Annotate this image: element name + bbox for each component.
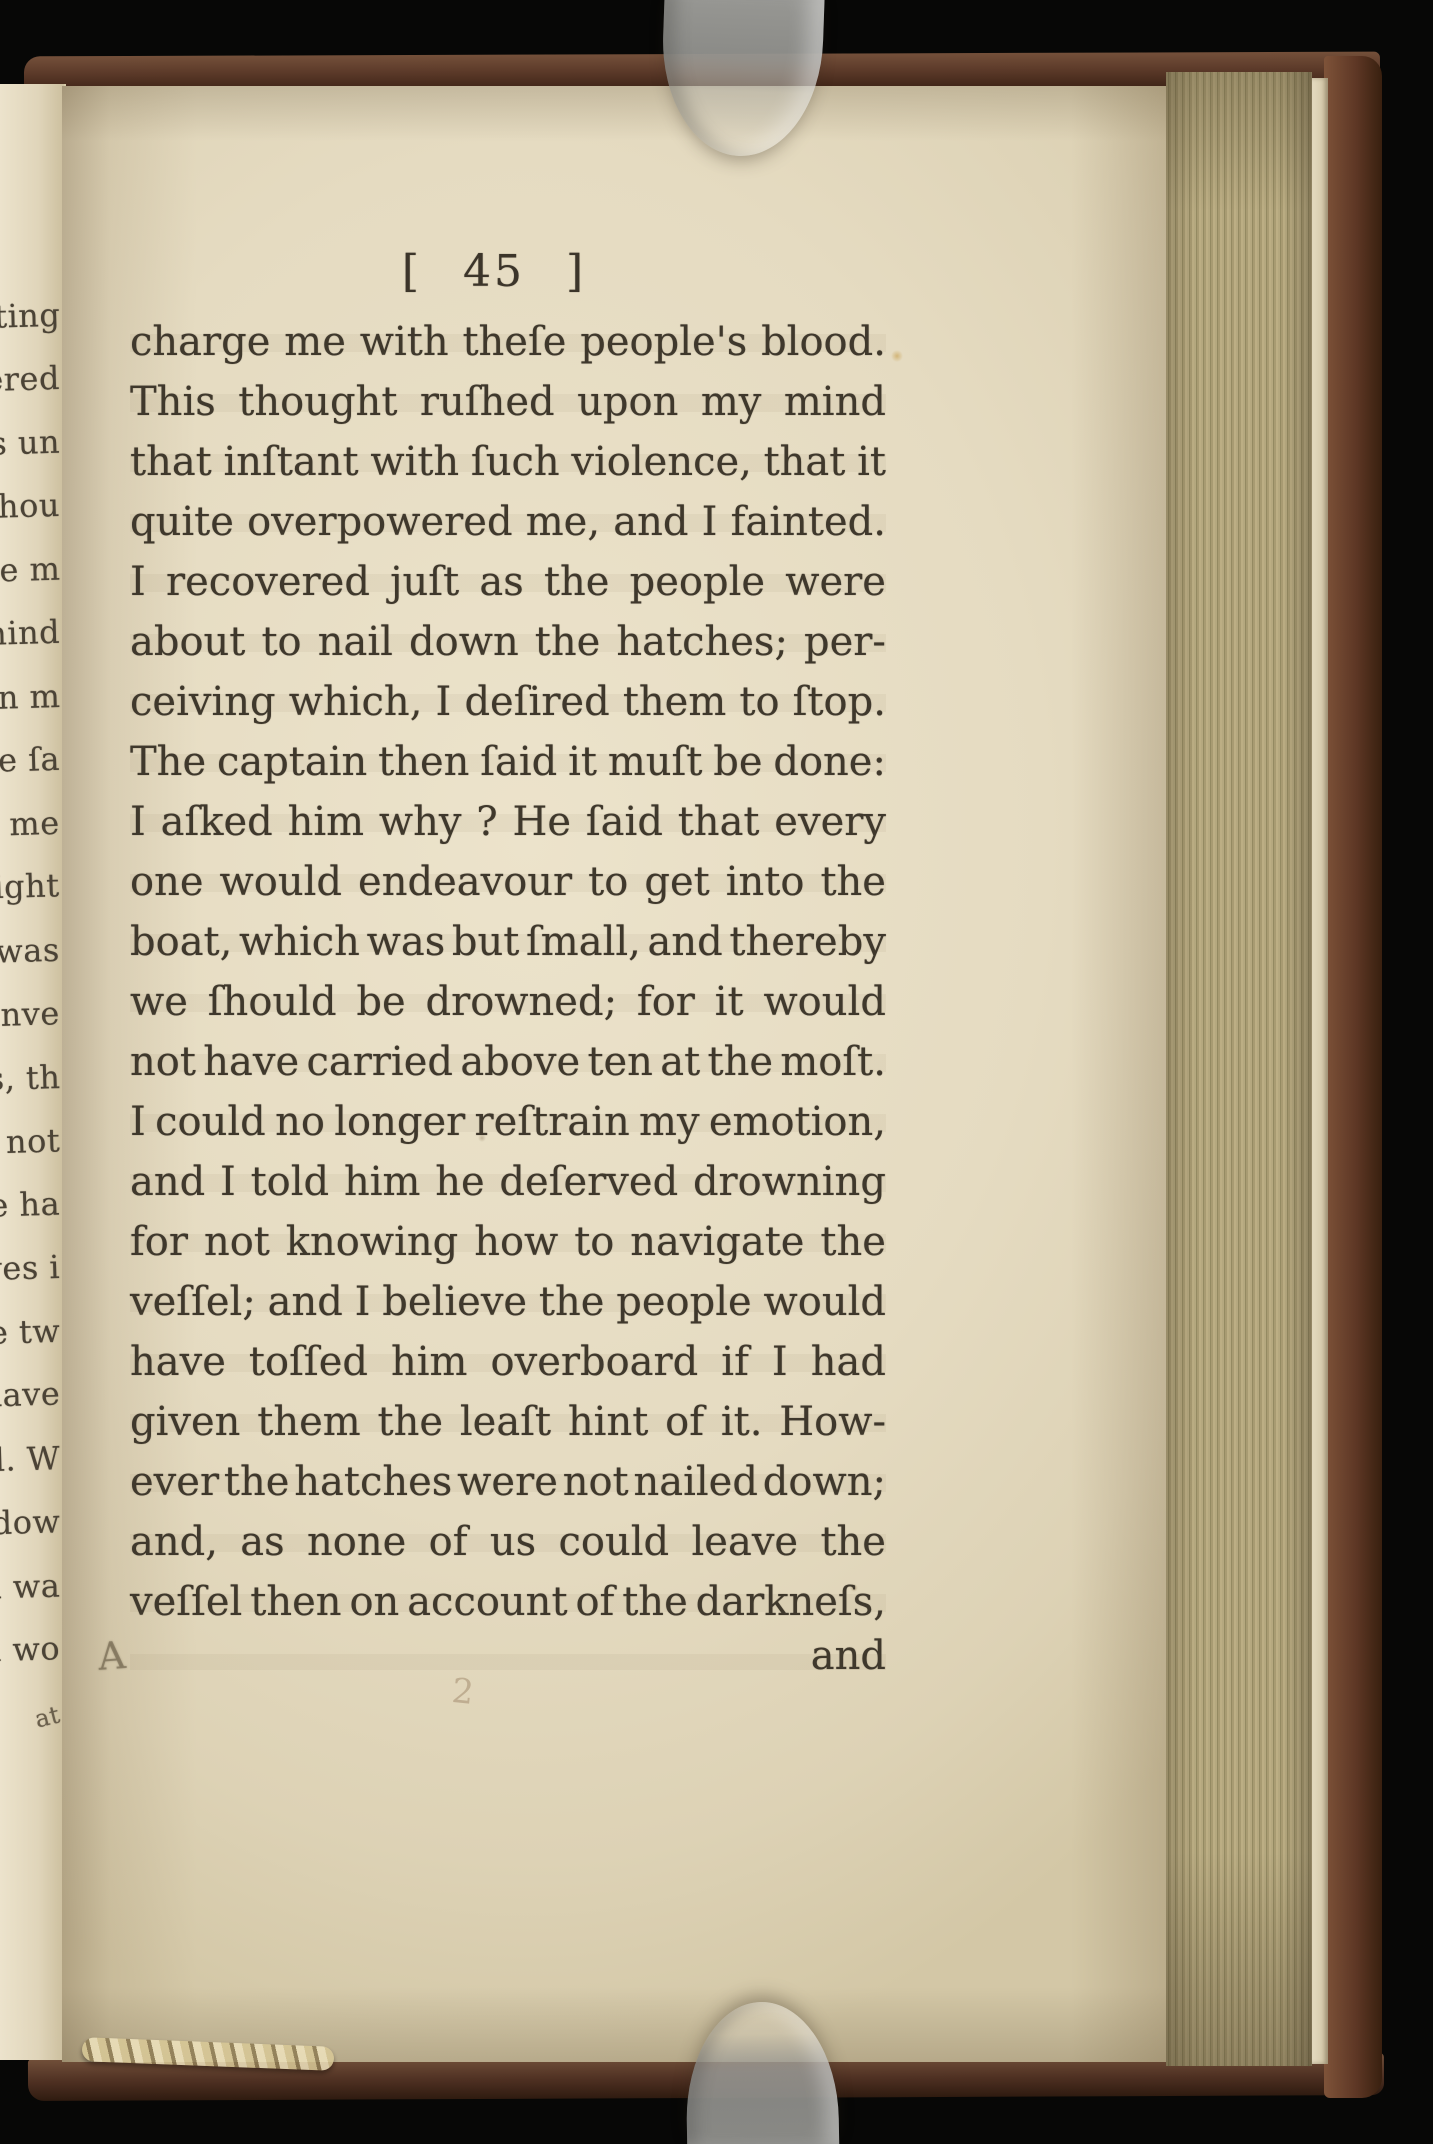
text-line: abouttonaildownthehatches;per- bbox=[130, 612, 886, 672]
left-page-text-fragment: ſin wa bbox=[0, 1566, 61, 1609]
text-line: veſſelthenonaccountofthedarkneſs, bbox=[130, 1572, 886, 1632]
left-page-text-fragment: remitting bbox=[0, 295, 61, 339]
left-page-text-fragment: mind was bbox=[0, 930, 61, 974]
text-line: thatinſtantwithſuchviolence,thatit bbox=[130, 432, 886, 492]
left-page-text-fragment: red the ha bbox=[0, 1184, 61, 1229]
left-page-text-fragment: t I was un bbox=[0, 422, 61, 467]
page-number: [ 45 ] bbox=[116, 242, 872, 302]
text-line: ceivingwhich,Ideſiredthemtoſtop. bbox=[130, 672, 886, 732]
left-page-text-fragment: at bbox=[31, 1695, 65, 1740]
left-page-text-fragment: w we might bbox=[0, 865, 61, 910]
text-line: weſhouldbedrowned;foritwould bbox=[130, 972, 886, 1032]
left-page-text-fragment: above tw bbox=[0, 1311, 61, 1355]
text-line: boat,whichwasbutſmall,andthereby bbox=[130, 912, 886, 972]
left-page-text-fragment: ew not bbox=[0, 1120, 61, 1163]
text-line: andItoldhimhedeſerveddrowning bbox=[130, 1152, 886, 1212]
text-line: chargemewiththeſepeople'sblood. bbox=[130, 312, 886, 372]
left-page-text-fragment: dably have bbox=[0, 1373, 61, 1418]
left-page-text-fragment: e ſome ſa bbox=[0, 739, 61, 783]
left-page-text-fragment: l help me bbox=[0, 803, 61, 847]
text-line: giventhemtheleaſthintofit.How- bbox=[130, 1392, 886, 1452]
book-photograph: remitting embered t I was un nd I thou e… bbox=[0, 0, 1433, 2144]
text-line: Thecaptainthenſaiditmuſtbedone: bbox=[130, 732, 886, 792]
text-line: onewouldendeavourtogetintothe bbox=[130, 852, 886, 912]
left-page-text-fragment: nd I thou bbox=[0, 485, 61, 529]
flyleaf-edge bbox=[1312, 78, 1328, 2064]
text-line: havetoſſedhimoverboardifIhad bbox=[130, 1332, 886, 1392]
leather-cover-right-board bbox=[1324, 56, 1382, 2098]
text-line: fornotknowinghowtonavigatethe bbox=[130, 1212, 886, 1272]
left-page-text-fragment: ith inve bbox=[0, 993, 61, 1036]
bleed-through-letter: A bbox=[96, 1633, 126, 1679]
left-page-text-fragment: e ſlaves i bbox=[0, 1247, 61, 1291]
left-page-text-fragment: embered bbox=[0, 358, 61, 402]
text-line: Thisthoughtruſheduponmymind bbox=[130, 372, 886, 432]
left-page-text-fragment: ſhewn m bbox=[0, 676, 61, 720]
left-page-text-fragment: emes, th bbox=[0, 1057, 61, 1101]
text-line: Icouldnolongerreſtrainmyemotion, bbox=[130, 1092, 886, 1152]
text-line: veſſel;andIbelievethepeoplewould bbox=[130, 1272, 886, 1332]
text-line: Irecoveredjuſtasthepeoplewere bbox=[130, 552, 886, 612]
text-line: quiteoverpoweredme,andIfainted. bbox=[130, 492, 886, 552]
left-page-text-fragment: God wo bbox=[0, 1628, 61, 1671]
page-text: chargemewiththeſepeople'sblood. Thisthou… bbox=[130, 312, 886, 1632]
left-page-text-fragment: g to mind bbox=[0, 612, 61, 656]
left-page-text-fragment: eyed. W bbox=[0, 1438, 61, 1482]
left-page-text-fragment: ered he m bbox=[0, 549, 61, 594]
text-line: Iaſkedhimwhy?Heſaidthatevery bbox=[130, 792, 886, 852]
text-line: everthehatcheswerenotnaileddown; bbox=[130, 1452, 886, 1512]
text-line: and,asnoneofuscouldleavethe bbox=[130, 1512, 886, 1572]
catchword: and bbox=[130, 1626, 886, 1686]
previous-page-edge: remitting embered t I was un nd I thou e… bbox=[0, 84, 66, 2060]
text-line: nothavecarriedabovetenatthemoſt. bbox=[130, 1032, 886, 1092]
page-fore-edge bbox=[1166, 72, 1312, 2066]
left-page-text-fragment: ail dow bbox=[0, 1501, 61, 1544]
